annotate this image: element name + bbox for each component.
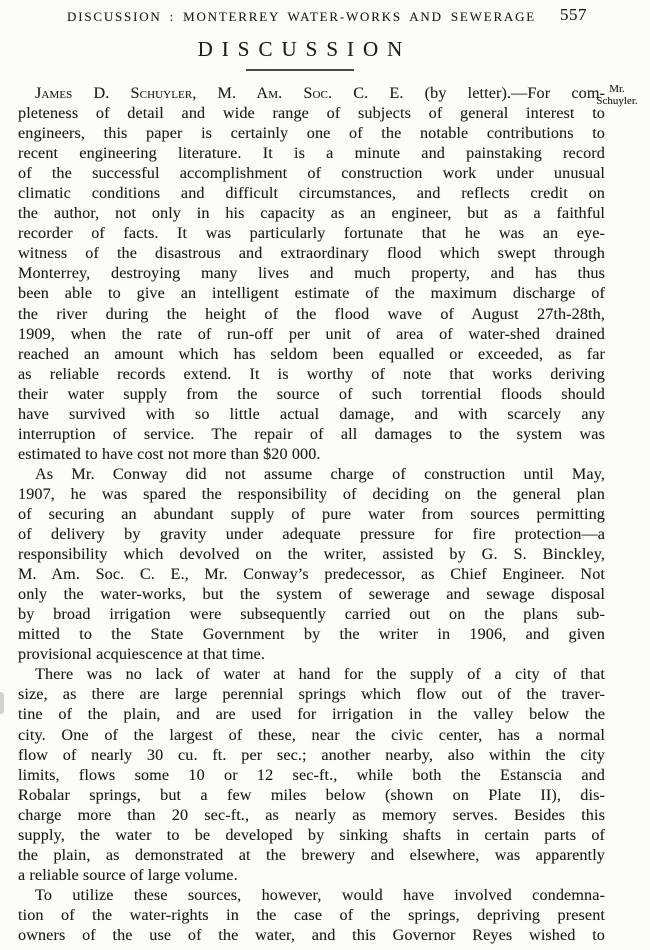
text-line: estimated to have cost not more than $20… (18, 444, 605, 464)
text-line: James D. Schuyler, M. Am. Soc. C. E. (by… (18, 83, 605, 103)
text-line: To utilize these sources, however, would… (18, 885, 605, 905)
paragraph: There was no lack of water at hand for t… (18, 664, 605, 885)
paragraph: To utilize these sources, however, would… (18, 885, 605, 945)
text-line: pleteness of detail and wide range of su… (18, 103, 605, 123)
text-line: responsibility which devolved on the wri… (18, 544, 605, 564)
text-line: been able to give an intelligent estimat… (18, 283, 605, 303)
text-line: size, as there are large perennial sprin… (18, 684, 605, 704)
text-line: of the successful accomplishment of cons… (18, 163, 605, 183)
text-line: climatic conditions and difficult circum… (18, 183, 605, 203)
text-line: witness of the disastrous and extraordin… (18, 243, 605, 263)
page-number: 557 (560, 5, 587, 25)
text-line: Monterrey, destroying many lives and muc… (18, 263, 605, 283)
text-line: recent engineering literature. It is a m… (18, 143, 605, 163)
text-line: interruption of service. The repair of a… (18, 424, 605, 444)
text-line: reached an amount which has seldom been … (18, 344, 605, 364)
text-line: engineers, this paper is certainly one o… (18, 123, 605, 143)
text-line: of delivery by gravity under adequate pr… (18, 524, 605, 544)
text-line: the author, not only in his capacity as … (18, 203, 605, 223)
text-line: by broad irrigation were subsequently ca… (18, 604, 605, 624)
title-rule (246, 69, 354, 71)
paragraph: James D. Schuyler, M. Am. Soc. C. E. (by… (18, 83, 605, 464)
text-line: 1909, when the rate of run-off per unit … (18, 324, 605, 344)
text-line: a reliable source of large volume. (18, 865, 605, 885)
text-line: only the water-works, but the system of … (18, 584, 605, 604)
text-line: There was no lack of water at hand for t… (18, 664, 605, 684)
paragraph: As Mr. Conway did not assume charge of c… (18, 464, 605, 664)
text-line: flow of nearly 30 cu. ft. per sec.; anot… (18, 745, 605, 765)
text-line: provisional acquiescence at that time. (18, 644, 605, 664)
text-line: the river during the height of the flood… (18, 304, 605, 324)
text-line: city. One of the largest of these, near … (18, 725, 605, 745)
scan-artifact (0, 692, 4, 714)
text-line: supply, the water to be developed by sin… (18, 825, 605, 845)
text-line: Robalar springs, but a few miles below (… (18, 785, 605, 805)
text-line: limits, flows some 10 or 12 sec-ft., whi… (18, 765, 605, 785)
text-line: 1907, he was spared the responsibility o… (18, 484, 605, 504)
text-line: As Mr. Conway did not assume charge of c… (18, 464, 605, 484)
text-line: their water supply from the source of su… (18, 384, 605, 404)
text-line: the plain, as demonstrated at the brewer… (18, 845, 605, 865)
section-title: DISCUSSION (0, 37, 600, 62)
text-line: charge more than 20 sec-ft., as nearly a… (18, 805, 605, 825)
document-page: DISCUSSION : MONTERREY WATER-WORKS AND S… (0, 0, 650, 950)
text-line: owners of the use of the water, and this… (18, 925, 605, 945)
text-line: tine of the plain, and are used for irri… (18, 704, 605, 724)
body-text: James D. Schuyler, M. Am. Soc. C. E. (by… (18, 83, 605, 945)
author-name-smallcaps: James D. Schuyler, M. Am. Soc. C. E. (35, 84, 404, 102)
running-header: DISCUSSION : MONTERREY WATER-WORKS AND S… (67, 5, 587, 25)
running-title: DISCUSSION : MONTERREY WATER-WORKS AND S… (67, 9, 536, 25)
text-line: recorder of facts. It was particularly f… (18, 223, 605, 243)
text-line: M. Am. Soc. C. E., Mr. Conway’s predeces… (18, 564, 605, 584)
text-line: as reliable records extend. It is worthy… (18, 364, 605, 384)
text-line: mitted to the State Government by the wr… (18, 624, 605, 644)
text-line: of securing an abundant supply of pure w… (18, 504, 605, 524)
text-line: tion of the water-rights in the case of … (18, 905, 605, 925)
text-line: have survived with so little actual dama… (18, 404, 605, 424)
